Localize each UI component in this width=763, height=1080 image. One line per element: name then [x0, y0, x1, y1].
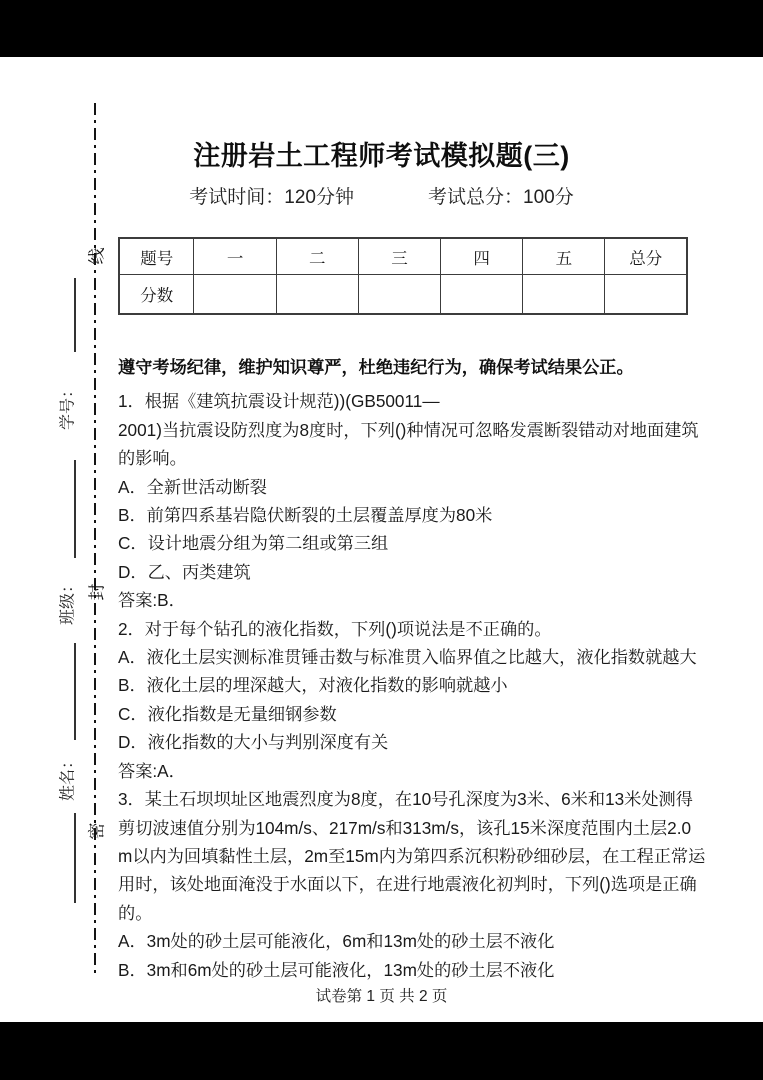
score-cell-empty: [523, 275, 605, 315]
score-cell-empty: [358, 275, 440, 315]
score-cell-empty: [194, 275, 276, 315]
body-line: C．液化指数是无量细钢参数: [118, 700, 714, 728]
score-table-header-cell: 三: [358, 238, 440, 275]
body-line: m以内为回填黏性土层，2m至15m内为第四系沉积粉砂细砂层，在工程正常运: [118, 842, 714, 870]
exam-notice: 遵守考场纪律，维护知识尊严，杜绝违纪行为，确保考试结果公正。: [118, 353, 714, 381]
blank-line-segment: [74, 643, 76, 740]
body-line: 的。: [118, 899, 714, 927]
seal-char-xian: 线: [83, 248, 108, 265]
body-line: 答案:A．: [118, 757, 714, 785]
score-table-header-cell: 二: [276, 238, 358, 275]
blank-line-segment: [74, 278, 76, 352]
score-cell-empty: [276, 275, 358, 315]
body-line: 的影响。: [118, 444, 714, 472]
score-table-header-row: 题号一二三四五总分: [119, 238, 687, 275]
score-table-header-cell: 一: [194, 238, 276, 275]
score-cell-empty: [441, 275, 523, 315]
seal-char-mi: 密: [83, 823, 108, 840]
score-table-header-cell: 四: [441, 238, 523, 275]
score-row-label: 分数: [119, 275, 194, 315]
bottom-letterbox-bar: [0, 1022, 763, 1080]
blank-line-segment: [74, 460, 76, 558]
body-line: D．液化指数的大小与判别深度有关: [118, 728, 714, 756]
body-line: 答案:B．: [118, 586, 714, 614]
body-line: A．3m处的砂土层可能液化，6m和13m处的砂土层不液化: [118, 927, 714, 955]
body-line: 2．对于每个钻孔的液化指数，下列()项说法是不正确的。: [118, 615, 714, 643]
body-line: 2001)当抗震设防烈度为8度时，下列()种情况可忽略发震断裂错动对地面建筑: [118, 416, 714, 444]
seal-char-feng: 封: [83, 584, 108, 601]
blank-line-segment: [74, 813, 76, 903]
score-table-score-row: 分数: [119, 275, 687, 315]
page-number-footer: 试卷第 1 页 共 2 页: [0, 984, 763, 1006]
exam-time: 考试时间：120分钟: [189, 182, 354, 209]
score-table: 题号一二三四五总分 分数: [118, 237, 688, 315]
body-line: B．3m和6m处的砂土层可能液化，13m处的砂土层不液化: [118, 956, 714, 984]
body-line: 用时，该处地面淹没于水面以下，在进行地震液化初判时，下列()选项是正确: [118, 870, 714, 898]
score-table-header-cell: 题号: [119, 238, 194, 275]
score-table-header-cell: 五: [523, 238, 605, 275]
seal-dash-dot-line: [94, 103, 96, 976]
student-id-field-label: 学号：: [55, 382, 78, 430]
exam-total-score: 考试总分：100分: [428, 182, 574, 209]
score-table-header-cell: 总分: [605, 238, 687, 275]
exam-meta: 考试时间：120分钟 考试总分：100分: [0, 182, 763, 209]
exam-title: 注册岩土工程师考试模拟题(三): [0, 134, 763, 173]
body-line: 1．根据《建筑抗震设计规范))(GB50011—: [118, 387, 714, 415]
body-line: D．乙、丙类建筑: [118, 558, 714, 586]
name-field-label: 姓名：: [55, 753, 78, 801]
class-field-label: 班级：: [55, 577, 78, 625]
body-lines: 1．根据《建筑抗震设计规范))(GB50011—2001)当抗震设防烈度为8度时…: [118, 387, 714, 984]
body-line: 剪切波速值分别为104m/s、217m/s和313m/s，该孔15米深度范围内土…: [118, 814, 714, 842]
body-line: A．全新世活动断裂: [118, 473, 714, 501]
body-line: C．设计地震分组为第二组或第三组: [118, 529, 714, 557]
body-line: A．液化土层实测标准贯锤击数与标准贯入临界值之比越大，液化指数就越大: [118, 643, 714, 671]
top-letterbox-bar: [0, 0, 763, 57]
score-cell-empty: [605, 275, 687, 315]
body-line: B．前第四系基岩隐伏断裂的土层覆盖厚度为80米: [118, 501, 714, 529]
exam-body: 遵守考场纪律，维护知识尊严，杜绝违纪行为，确保考试结果公正。 1．根据《建筑抗震…: [118, 353, 714, 984]
body-line: B．液化土层的埋深越大，对液化指数的影响就越小: [118, 671, 714, 699]
exam-paper-page: 线 封 密 学号： 班级： 姓名： 注册岩土工程师考试模拟题(三) 考试时间：1…: [0, 0, 763, 1080]
body-line: 3．某土石坝坝址区地震烈度为8度，在10号孔深度为3米、6米和13米处测得: [118, 785, 714, 813]
